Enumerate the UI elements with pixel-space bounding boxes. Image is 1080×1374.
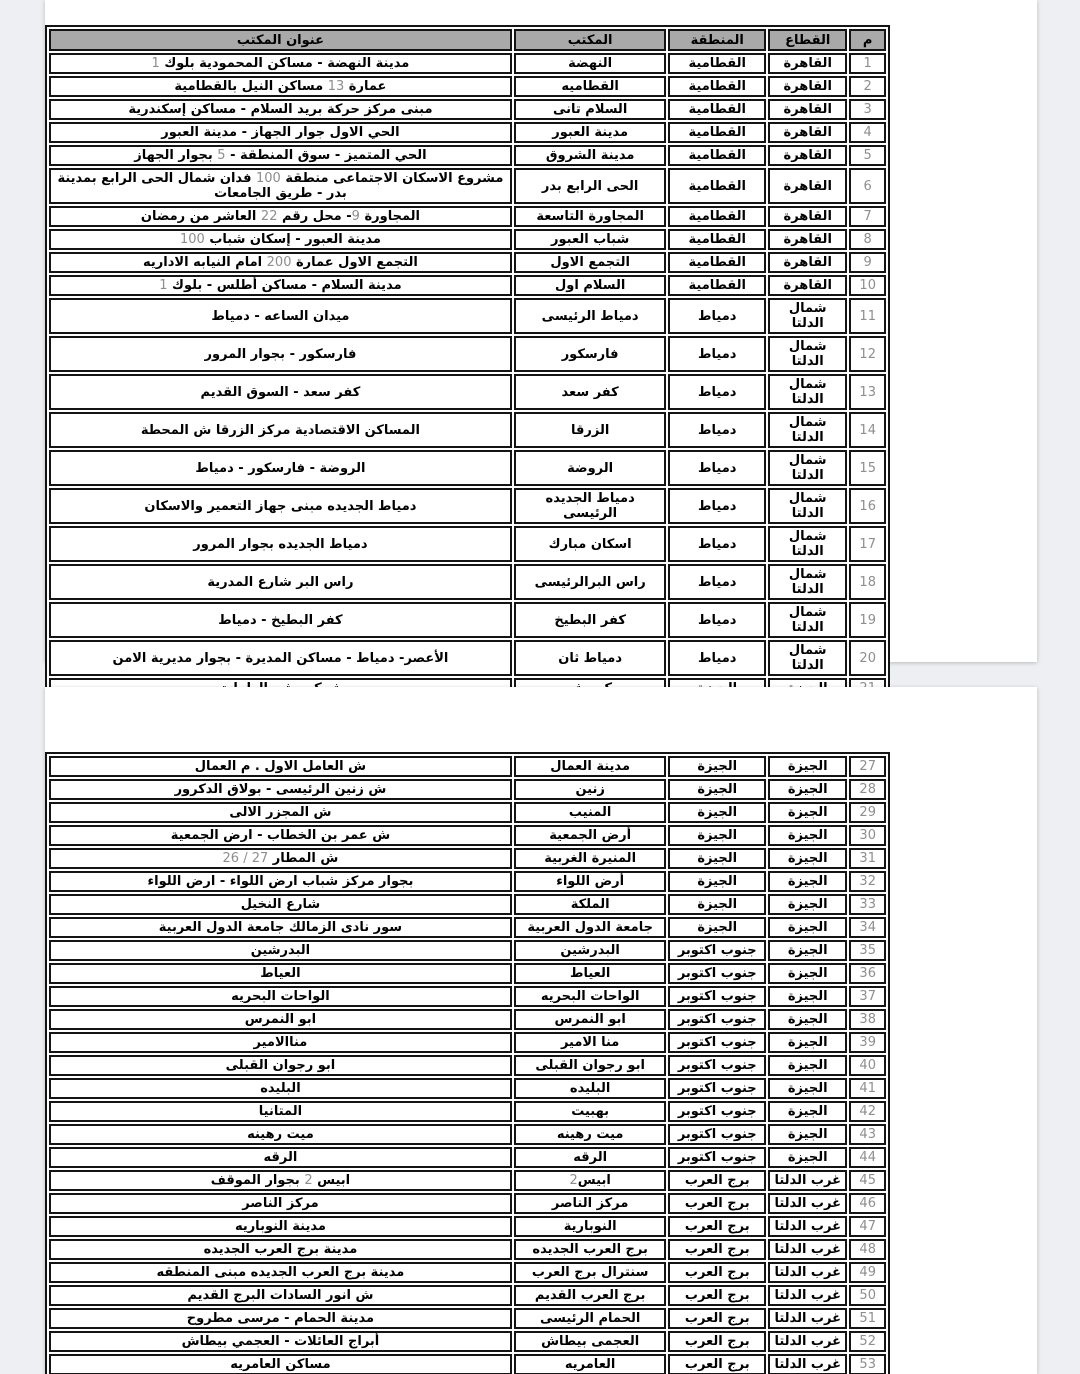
inline-number: 30: [859, 828, 876, 843]
cell-office-address: ش المجزر الالى: [49, 802, 512, 823]
offices-table-page-2: 27الجيزةالجيزةمدينة العمالش العامل الاول…: [45, 752, 890, 1374]
cell-region: القطامية: [668, 53, 766, 74]
cell-sector: القاهرة: [768, 229, 847, 250]
cell-office-address: مناالامير: [49, 1032, 512, 1053]
cell-office-address: مدينة برج العرب الجديده: [49, 1239, 512, 1260]
cell-office-address: بجوار مركز شباب ارض اللواء - ارض اللواء: [49, 871, 512, 892]
cell-office: العامريه: [514, 1354, 667, 1374]
cell-sector: شمال الدلتا: [768, 336, 847, 372]
inline-number: 9: [352, 209, 360, 224]
table-row: 41الجيزةجنوب اكتوبرالبليدهالبليده: [49, 1078, 886, 1099]
table-row: 7القاهرةالقطاميةالمجاورة التاسعةالمجاورة…: [49, 206, 886, 227]
cell-sector: الجيزة: [768, 1124, 847, 1145]
inline-number: 100: [256, 171, 281, 186]
cell-region: جنوب اكتوبر: [668, 940, 766, 961]
cell-sector: الجيزة: [768, 779, 847, 800]
cell-office: اسكان مبارك: [514, 526, 667, 562]
cell-region: جنوب اكتوبر: [668, 1032, 766, 1053]
inline-number: 17: [859, 537, 876, 552]
row-number: 1: [849, 53, 886, 74]
inline-number: 47: [859, 1219, 876, 1234]
cell-region: برج العرب: [668, 1331, 766, 1352]
row-number: 14: [849, 412, 886, 448]
table-row: 30الجيزةالجيزةأرض الجمعيةش عمر بن الخطاب…: [49, 825, 886, 846]
table-row: 27الجيزةالجيزةمدينة العمالش العامل الاول…: [49, 756, 886, 777]
row-number: 40: [849, 1055, 886, 1076]
cell-sector: غرب الدلتا: [768, 1331, 847, 1352]
cell-region: برج العرب: [668, 1193, 766, 1214]
cell-sector: الجيزة: [768, 1147, 847, 1168]
inline-number: 45: [859, 1173, 876, 1188]
cell-office-address: مشروع الاسكان الاجتماعى منطقة 100 فدان ش…: [49, 168, 512, 204]
cell-office: دمياط ثان: [514, 640, 667, 676]
cell-sector: الجيزة: [768, 1078, 847, 1099]
row-number: 18: [849, 564, 886, 600]
cell-region: دمياط: [668, 450, 766, 486]
cell-sector: غرب الدلتا: [768, 1216, 847, 1237]
cell-sector: غرب الدلتا: [768, 1170, 847, 1191]
cell-office: الحمام الرئيسى: [514, 1308, 667, 1329]
cell-office-address: الواحات البحريه: [49, 986, 512, 1007]
inline-number: 5: [217, 148, 225, 163]
cell-region: الجيزة: [668, 825, 766, 846]
cell-office-address: ميدان الساعه - دمياط: [49, 298, 512, 334]
table-row: 10القاهرةالقطاميةالسلام اولمدينة السلام …: [49, 275, 886, 296]
table-row: 43الجيزةجنوب اكتوبرميت رهينهميت رهينه: [49, 1124, 886, 1145]
cell-office-address: أبراج العائلات - العجمي بيطاش: [49, 1331, 512, 1352]
cell-sector: القاهرة: [768, 122, 847, 143]
cell-region: برج العرب: [668, 1239, 766, 1260]
cell-region: جنوب اكتوبر: [668, 1055, 766, 1076]
cell-region: القطامية: [668, 122, 766, 143]
inline-number: 2: [569, 1173, 577, 1188]
cell-region: جنوب اكتوبر: [668, 963, 766, 984]
inline-number: 9: [864, 255, 872, 270]
table-row: 12شمال الدلتادمياطفارسكورفارسكور - بجوار…: [49, 336, 886, 372]
inline-number: 100: [180, 232, 205, 247]
cell-region: جنوب اكتوبر: [668, 1078, 766, 1099]
cell-office: بهبيت: [514, 1101, 667, 1122]
inline-number: 31: [859, 851, 876, 866]
row-number: 45: [849, 1170, 886, 1191]
cell-office-address: فارسكور - بجوار المرور: [49, 336, 512, 372]
table-row: 35الجيزةجنوب اكتوبرالبدرشينالبدرشين: [49, 940, 886, 961]
cell-sector: الجيزة: [768, 802, 847, 823]
cell-sector: القاهرة: [768, 206, 847, 227]
inline-number: 1: [864, 56, 872, 71]
table-row: 29الجيزةالجيزةالمنيبش المجزر الالى: [49, 802, 886, 823]
table-row: 47غرب الدلتابرج العربالنوباريةمدينة النو…: [49, 1216, 886, 1237]
cell-sector: القاهرة: [768, 252, 847, 273]
table-row: 45غرب الدلتابرج العربابيس2ابيس 2 بجوار ا…: [49, 1170, 886, 1191]
cell-region: القطامية: [668, 76, 766, 97]
inline-number: 50: [859, 1288, 876, 1303]
table-row: 16شمال الدلتادمياطدمياط الجديده الرئيسىد…: [49, 488, 886, 524]
inline-number: 8: [864, 232, 872, 247]
cell-office: العجمى بيطاش: [514, 1331, 667, 1352]
row-number: 20: [849, 640, 886, 676]
inline-number: 27 / 26: [223, 851, 269, 866]
cell-office-address: الروضة - فارسكور - دمياط: [49, 450, 512, 486]
cell-office-address: الأعصر- دمياط - مساكن المديرة - بجوار مد…: [49, 640, 512, 676]
table-row: 50غرب الدلتابرج العرببرج العرب القديمش ا…: [49, 1285, 886, 1306]
cell-office: سنترال برج العرب: [514, 1262, 667, 1283]
table-row: 53غرب الدلتابرج العربالعامريهمساكن العام…: [49, 1354, 886, 1374]
cell-office-address: البدرشين: [49, 940, 512, 961]
cell-sector: القاهرة: [768, 76, 847, 97]
cell-region: الجيزة: [668, 917, 766, 938]
inline-number: 15: [859, 461, 876, 476]
row-number: 51: [849, 1308, 886, 1329]
cell-sector: غرب الدلتا: [768, 1285, 847, 1306]
cell-office: ميت رهينه: [514, 1124, 667, 1145]
cell-office-address: راس البر شارع المدرية: [49, 564, 512, 600]
cell-office-address: مدينة النهضة - مساكن المحمودية بلوك 1: [49, 53, 512, 74]
cell-sector: الجيزة: [768, 1009, 847, 1030]
cell-sector: الجيزة: [768, 963, 847, 984]
table-row: 6القاهرةالقطاميةالحى الرابع بدرمشروع الا…: [49, 168, 886, 204]
cell-office: المجاورة التاسعة: [514, 206, 667, 227]
row-number: 5: [849, 145, 886, 166]
cell-office-address: ابيس 2 بجوار الموقف: [49, 1170, 512, 1191]
cell-office: التجمع الاول: [514, 252, 667, 273]
inline-number: 38: [859, 1012, 876, 1027]
cell-sector: شمال الدلتا: [768, 412, 847, 448]
table-row: 13شمال الدلتادمياطكفر سعدكفر سعد - السوق…: [49, 374, 886, 410]
inline-number: 22: [261, 209, 278, 224]
cell-sector: الجيزة: [768, 940, 847, 961]
inline-number: 42: [859, 1104, 876, 1119]
cell-office: مدينة العبور: [514, 122, 667, 143]
cell-sector: شمال الدلتا: [768, 298, 847, 334]
document-viewer: م القطاع المنطقة المكتب عنوان المكتب 1ال…: [0, 0, 1080, 1374]
inline-number: 2: [864, 79, 872, 94]
row-number: 27: [849, 756, 886, 777]
row-number: 28: [849, 779, 886, 800]
table-row: 52غرب الدلتابرج العربالعجمى بيطاشأبراج ا…: [49, 1331, 886, 1352]
table-row: 48غرب الدلتابرج العرببرج العرب الجديدهمد…: [49, 1239, 886, 1260]
cell-sector: القاهرة: [768, 99, 847, 120]
cell-office-address: ابو رجوان القبلى: [49, 1055, 512, 1076]
row-number: 53: [849, 1354, 886, 1374]
cell-region: برج العرب: [668, 1216, 766, 1237]
cell-office-address: دمياط الجديده بجوار المرور: [49, 526, 512, 562]
cell-office: مدينة العمال: [514, 756, 667, 777]
row-number: 44: [849, 1147, 886, 1168]
cell-office: النهضة: [514, 53, 667, 74]
row-number: 32: [849, 871, 886, 892]
row-number: 6: [849, 168, 886, 204]
cell-sector: الجيزة: [768, 756, 847, 777]
inline-number: 52: [859, 1334, 876, 1349]
table-row: 36الجيزةجنوب اكتوبرالعياطالعياط: [49, 963, 886, 984]
row-number: 17: [849, 526, 886, 562]
table-row: 38الجيزةجنوب اكتوبرابو النمرسابو النمرس: [49, 1009, 886, 1030]
cell-office: المنيرة الغربية: [514, 848, 667, 869]
inline-number: 35: [859, 943, 876, 958]
inline-number: 1: [159, 278, 167, 293]
cell-office-address: ميت رهينه: [49, 1124, 512, 1145]
table-row: 28الجيزةالجيزةزنينش زنين الرئيسى - بولاق…: [49, 779, 886, 800]
row-number: 7: [849, 206, 886, 227]
cell-office: السلام تانى: [514, 99, 667, 120]
cell-sector: شمال الدلتا: [768, 602, 847, 638]
cell-office: القطاميه: [514, 76, 667, 97]
cell-office: البدرشين: [514, 940, 667, 961]
cell-sector: غرب الدلتا: [768, 1239, 847, 1260]
cell-office-address: كفر البطيخ - دمياط: [49, 602, 512, 638]
inline-number: 200: [267, 255, 292, 270]
cell-region: القطامية: [668, 252, 766, 273]
cell-sector: الجيزة: [768, 825, 847, 846]
table-row: 34الجيزةالجيزةجامعة الدول العربيةسور ناد…: [49, 917, 886, 938]
cell-office: السلام اول: [514, 275, 667, 296]
table-row: 42الجيزةجنوب اكتوبربهبيتالمتانيا: [49, 1101, 886, 1122]
cell-office-address: كفر سعد - السوق القديم: [49, 374, 512, 410]
cell-sector: الجيزة: [768, 917, 847, 938]
header-office: المكتب: [514, 29, 667, 51]
row-number: 38: [849, 1009, 886, 1030]
cell-sector: الجيزة: [768, 986, 847, 1007]
table-row: 49غرب الدلتابرج العربسنترال برج العربمدي…: [49, 1262, 886, 1283]
inline-number: 14: [859, 423, 876, 438]
cell-office-address: الحي المتميز - سوق المنطقة - 5 بجوار الج…: [49, 145, 512, 166]
row-number: 36: [849, 963, 886, 984]
cell-office: راس البرالرئيسى: [514, 564, 667, 600]
cell-office: العياط: [514, 963, 667, 984]
row-number: 12: [849, 336, 886, 372]
cell-office: كفر البطيخ: [514, 602, 667, 638]
cell-office: الروضة: [514, 450, 667, 486]
inline-number: 32: [859, 874, 876, 889]
row-number: 13: [849, 374, 886, 410]
cell-sector: الجيزة: [768, 1101, 847, 1122]
cell-region: الجيزة: [668, 848, 766, 869]
cell-region: الجيزة: [668, 894, 766, 915]
cell-sector: الجيزة: [768, 1055, 847, 1076]
cell-office: منا الامير: [514, 1032, 667, 1053]
cell-office: فارسكور: [514, 336, 667, 372]
cell-sector: شمال الدلتا: [768, 450, 847, 486]
row-number: 29: [849, 802, 886, 823]
cell-sector: غرب الدلتا: [768, 1308, 847, 1329]
cell-sector: القاهرة: [768, 53, 847, 74]
cell-sector: شمال الدلتا: [768, 640, 847, 676]
table-row: 31الجيزةالجيزةالمنيرة الغربيةش المطار 27…: [49, 848, 886, 869]
inline-number: 13: [859, 385, 876, 400]
inline-number: 10: [859, 278, 876, 293]
page-2: 27الجيزةالجيزةمدينة العمالش العامل الاول…: [45, 687, 1037, 1374]
row-number: 9: [849, 252, 886, 273]
inline-number: 29: [859, 805, 876, 820]
cell-office-address: مركز الناصر: [49, 1193, 512, 1214]
row-number: 50: [849, 1285, 886, 1306]
cell-region: دمياط: [668, 640, 766, 676]
cell-office: زنين: [514, 779, 667, 800]
row-number: 48: [849, 1239, 886, 1260]
cell-region: جنوب اكتوبر: [668, 1124, 766, 1145]
cell-office-address: المجاورة 9- محل رقم 22 العاشر من رمضان: [49, 206, 512, 227]
inline-number: 36: [859, 966, 876, 981]
cell-office: أرض اللواء: [514, 871, 667, 892]
cell-region: القطامية: [668, 145, 766, 166]
inline-number: 46: [859, 1196, 876, 1211]
table-row: 17شمال الدلتادمياطاسكان مباركدمياط الجدي…: [49, 526, 886, 562]
cell-office: جامعة الدول العربية: [514, 917, 667, 938]
cell-office-address: الحي الاول جوار الجهاز - مدينة العبور: [49, 122, 512, 143]
inline-number: 12: [859, 347, 876, 362]
row-number: 41: [849, 1078, 886, 1099]
cell-office: شباب العبور: [514, 229, 667, 250]
row-number: 11: [849, 298, 886, 334]
cell-region: القطامية: [668, 229, 766, 250]
inline-number: 11: [859, 309, 876, 324]
inline-number: 48: [859, 1242, 876, 1257]
cell-region: الجيزة: [668, 756, 766, 777]
inline-number: 20: [859, 651, 876, 666]
table-row: 3القاهرةالقطاميةالسلام تانىمبنى مركز حرك…: [49, 99, 886, 120]
inline-number: 19: [859, 613, 876, 628]
row-number: 30: [849, 825, 886, 846]
cell-region: برج العرب: [668, 1285, 766, 1306]
cell-office-address: التجمع الاول عمارة 200 امام النيابه الاد…: [49, 252, 512, 273]
table-row: 20شمال الدلتادمياطدمياط ثانالأعصر- دمياط…: [49, 640, 886, 676]
cell-sector: الجيزة: [768, 1032, 847, 1053]
inline-number: 53: [859, 1357, 876, 1372]
row-number: 39: [849, 1032, 886, 1053]
cell-sector: شمال الدلتا: [768, 564, 847, 600]
cell-office-address: مبنى مركز حركة بريد السلام - مساكن إسكند…: [49, 99, 512, 120]
cell-region: برج العرب: [668, 1170, 766, 1191]
cell-sector: القاهرة: [768, 168, 847, 204]
cell-region: دمياط: [668, 602, 766, 638]
header-number: م: [849, 29, 886, 51]
cell-office-address: ش المطار 27 / 26: [49, 848, 512, 869]
cell-office: البليده: [514, 1078, 667, 1099]
inline-number: 27: [859, 759, 876, 774]
cell-office-address: ش انور السادات البرج القديم: [49, 1285, 512, 1306]
cell-office-address: دمياط الجديده مبنى جهاز التعمير والاسكان: [49, 488, 512, 524]
row-number: 33: [849, 894, 886, 915]
inline-number: 40: [859, 1058, 876, 1073]
cell-region: القطامية: [668, 206, 766, 227]
cell-region: الجيزة: [668, 871, 766, 892]
cell-office-address: سور نادى الزمالك جامعة الدول العربية: [49, 917, 512, 938]
cell-region: دمياط: [668, 374, 766, 410]
cell-region: جنوب اكتوبر: [668, 1009, 766, 1030]
cell-region: دمياط: [668, 298, 766, 334]
cell-region: دمياط: [668, 526, 766, 562]
row-number: 10: [849, 275, 886, 296]
inline-number: 44: [859, 1150, 876, 1165]
row-number: 47: [849, 1216, 886, 1237]
inline-number: 6: [864, 179, 872, 194]
cell-region: دمياط: [668, 412, 766, 448]
cell-sector: غرب الدلتا: [768, 1262, 847, 1283]
table-row: 2القاهرةالقطاميةالقطاميهعمارة 13 مساكن ا…: [49, 76, 886, 97]
table-header-row: م القطاع المنطقة المكتب عنوان المكتب: [49, 29, 886, 51]
cell-region: برج العرب: [668, 1354, 766, 1374]
inline-number: 49: [859, 1265, 876, 1280]
cell-region: جنوب اكتوبر: [668, 1101, 766, 1122]
row-number: 43: [849, 1124, 886, 1145]
table-row: 32الجيزةالجيزةأرض اللواءبجوار مركز شباب …: [49, 871, 886, 892]
row-number: 16: [849, 488, 886, 524]
cell-sector: القاهرة: [768, 145, 847, 166]
table-row: 15شمال الدلتادمياطالروضةالروضة - فارسكور…: [49, 450, 886, 486]
cell-region: دمياط: [668, 564, 766, 600]
inline-number: 43: [859, 1127, 876, 1142]
header-region: المنطقة: [668, 29, 766, 51]
table-row: 40الجيزةجنوب اكتوبرابو رجوان القبلىابو ر…: [49, 1055, 886, 1076]
inline-number: 28: [859, 782, 876, 797]
cell-office: برج العرب الجديده: [514, 1239, 667, 1260]
cell-office-address: مدينة النوباريه: [49, 1216, 512, 1237]
row-number: 31: [849, 848, 886, 869]
inline-number: 13: [328, 79, 345, 94]
table-row: 5القاهرةالقطاميةمدينة الشروقالحي المتميز…: [49, 145, 886, 166]
row-number: 46: [849, 1193, 886, 1214]
row-number: 35: [849, 940, 886, 961]
cell-office: برج العرب القديم: [514, 1285, 667, 1306]
inline-number: 7: [864, 209, 872, 224]
cell-office: المنيب: [514, 802, 667, 823]
table-row: 46غرب الدلتابرج العربمركز الناصرمركز الن…: [49, 1193, 886, 1214]
cell-office-address: المتانيا: [49, 1101, 512, 1122]
row-number: 8: [849, 229, 886, 250]
cell-office: الحى الرابع بدر: [514, 168, 667, 204]
inline-number: 1: [152, 56, 160, 71]
cell-region: دمياط: [668, 488, 766, 524]
row-number: 3: [849, 99, 886, 120]
cell-office: النوبارية: [514, 1216, 667, 1237]
row-number: 2: [849, 76, 886, 97]
inline-number: 39: [859, 1035, 876, 1050]
cell-office: ابيس2: [514, 1170, 667, 1191]
cell-region: القطامية: [668, 99, 766, 120]
header-sector: القطاع: [768, 29, 847, 51]
inline-number: 33: [859, 897, 876, 912]
table-row: 51غرب الدلتابرج العربالحمام الرئيسىمدينة…: [49, 1308, 886, 1329]
cell-office-address: ش زنين الرئيسى - بولاق الدكرور: [49, 779, 512, 800]
inline-number: 51: [859, 1311, 876, 1326]
cell-region: برج العرب: [668, 1262, 766, 1283]
cell-office-address: مدينة العبور - إسكان شباب 100: [49, 229, 512, 250]
cell-sector: غرب الدلتا: [768, 1193, 847, 1214]
cell-office: أرض الجمعية: [514, 825, 667, 846]
cell-office: ابو النمرس: [514, 1009, 667, 1030]
cell-sector: الجيزة: [768, 871, 847, 892]
cell-office-address: العياط: [49, 963, 512, 984]
cell-office: الرقه: [514, 1147, 667, 1168]
cell-office-address: ابو النمرس: [49, 1009, 512, 1030]
cell-sector: القاهرة: [768, 275, 847, 296]
cell-region: الجيزة: [668, 802, 766, 823]
table-row: 44الجيزةجنوب اكتوبرالرقهالرقه: [49, 1147, 886, 1168]
page-1: م القطاع المنطقة المكتب عنوان المكتب 1ال…: [45, 0, 1037, 662]
cell-office-address: المساكن الاقتصادية مركز الزرقا ش المحطة: [49, 412, 512, 448]
cell-office-address: ش العامل الاول . م العمال: [49, 756, 512, 777]
inline-number: 5: [864, 148, 872, 163]
inline-number: 2: [304, 1173, 312, 1188]
table-row: 4القاهرةالقطاميةمدينة العبورالحي الاول ج…: [49, 122, 886, 143]
cell-office-address: شارع النخيل: [49, 894, 512, 915]
table-row: 8القاهرةالقطاميةشباب العبورمدينة العبور …: [49, 229, 886, 250]
cell-office-address: الرقه: [49, 1147, 512, 1168]
cell-region: جنوب اكتوبر: [668, 986, 766, 1007]
cell-office: الملكة: [514, 894, 667, 915]
cell-sector: شمال الدلتا: [768, 488, 847, 524]
